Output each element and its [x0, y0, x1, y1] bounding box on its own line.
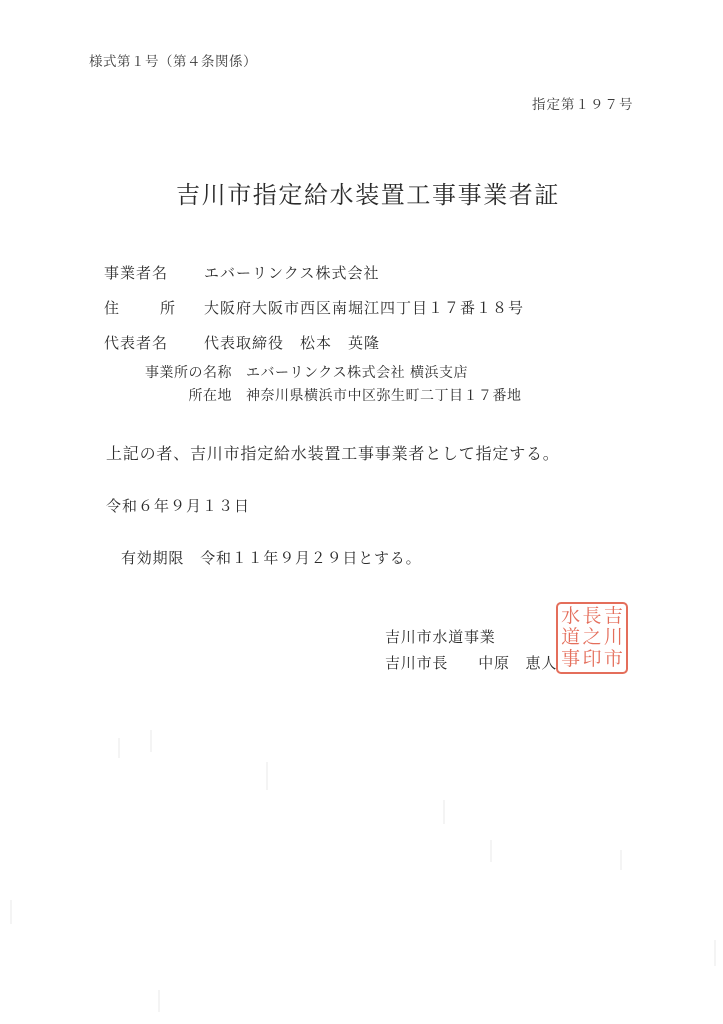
scan-noise — [266, 762, 268, 790]
seal-char: 吉 — [603, 606, 624, 627]
issuer-organization: 吉川市水道事業 — [385, 626, 496, 647]
scan-noise — [150, 730, 152, 752]
office-location-value: 神奈川県横浜市中区弥生町二丁目１７番地 — [246, 385, 522, 405]
representative-label: 代表者名 — [104, 332, 204, 353]
official-seal-stamp: 吉 川 市 長 之 印 水 道 事 — [556, 602, 628, 674]
scan-noise — [443, 800, 445, 824]
issuer-title: 吉川市長 — [385, 652, 448, 673]
seal-char: 道 — [560, 627, 581, 648]
seal-char: 水 — [560, 606, 581, 627]
validity-period: 有効期限 令和１１年９月２９日とする。 — [121, 547, 421, 568]
office-name-row: 事業所の名称 エバーリンクス株式会社 横浜支店 — [122, 362, 468, 382]
business-name-value: エバーリンクス株式会社 — [204, 262, 380, 283]
seal-char: 川 — [603, 627, 624, 648]
issuer-signature-line: 吉川市長 中原 恵人 — [385, 652, 557, 673]
document-title: 吉川市指定給水装置工事事業者証 — [176, 175, 560, 210]
office-location-row: 所在地 神奈川県横浜市中区弥生町二丁目１７番地 — [122, 385, 522, 405]
scan-noise — [620, 850, 622, 870]
seal-char: 之 — [581, 627, 602, 648]
scan-noise — [714, 940, 716, 966]
business-name-row: 事業者名 エバーリンクス株式会社 — [104, 262, 380, 283]
seal-char: 長 — [581, 606, 602, 627]
designation-number: 指定第１９７号 — [532, 93, 634, 113]
scan-noise — [118, 738, 120, 758]
address-label-char-1: 住 — [104, 297, 120, 318]
address-label: 住 所 — [104, 297, 176, 318]
validity-label: 有効期限 — [121, 547, 184, 568]
scan-noise — [158, 990, 160, 1012]
office-location-label: 所在地 — [122, 385, 232, 405]
address-row: 住 所 大阪府大阪市西区南堀江四丁目１７番１８号 — [104, 297, 524, 318]
scan-noise — [490, 840, 492, 862]
office-name-value: エバーリンクス株式会社 横浜支店 — [246, 362, 468, 382]
representative-value: 代表取締役 松本 英隆 — [204, 332, 380, 353]
office-name-label: 事業所の名称 — [122, 362, 232, 382]
issue-date: 令和６年９月１３日 — [106, 495, 250, 516]
address-value: 大阪府大阪市西区南堀江四丁目１７番１８号 — [204, 297, 524, 318]
seal-char: 事 — [560, 649, 581, 670]
issuer-name: 中原 恵人 — [478, 652, 557, 673]
form-number: 様式第１号（第４条関係） — [89, 50, 257, 70]
seal-char: 市 — [603, 649, 624, 670]
seal-char: 印 — [581, 649, 602, 670]
validity-value: 令和１１年９月２９日とする。 — [200, 547, 421, 568]
representative-row: 代表者名 代表取締役 松本 英隆 — [104, 332, 380, 353]
address-label-char-2: 所 — [160, 297, 176, 318]
designation-statement: 上記の者、吉川市指定給水装置工事事業者として指定する。 — [106, 441, 560, 464]
business-name-label: 事業者名 — [104, 262, 204, 283]
scan-noise — [10, 900, 12, 924]
